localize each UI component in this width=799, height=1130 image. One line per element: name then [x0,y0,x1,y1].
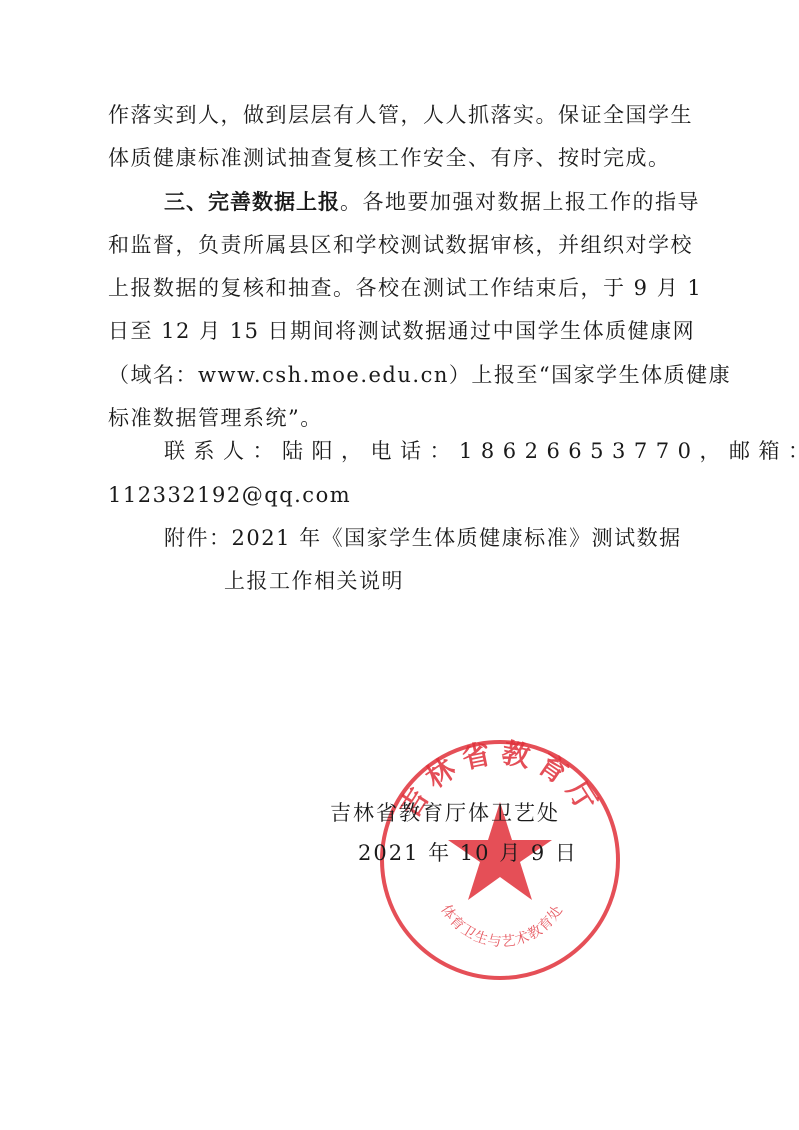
signature-date: 2021 年 10 月 9 日 [358,838,578,868]
attachment-line-2: 上报工作相关说明 [224,566,404,596]
paragraph-line: 日至 12 月 15 日期间将测试数据通过中国学生体质健康网 [108,316,695,346]
attachment-line: 附件：2021 年《国家学生体质健康标准》测试数据 [164,523,682,553]
section-heading: 三、完善数据上报 [164,190,340,214]
paragraph-line: 标准数据管理系统”。 [108,403,323,433]
contact-line: 联系人：陆阳，电话：18626653770，邮箱： [164,436,799,466]
paragraph-line: （域名：www.csh.moe.edu.cn）上报至“国家学生体质健康 [108,360,731,390]
paragraph-line: 体质健康标准测试抽查复核工作安全、有序、按时完成。 [108,143,671,173]
svg-text:体育卫生与艺术教育处: 体育卫生与艺术教育处 [438,902,567,951]
paragraph-line: 和监督，负责所属县区和学校测试数据审核，并组织对学校 [108,230,693,260]
paragraph-text: 。各地要加强对数据上报工作的指导 [340,190,700,214]
section-three-first-line: 三、完善数据上报。各地要加强对数据上报工作的指导 [164,187,700,217]
paragraph-line: 作落实到人，做到层层有人管，人人抓落实。保证全国学生 [108,100,693,130]
paragraph-line: 上报数据的复核和抽查。各校在测试工作结束后，于 9 月 1 [108,273,702,303]
signature-organization: 吉林省教育厅体卫艺处 [330,798,560,828]
contact-email: 112332192@qq.com [108,480,351,510]
